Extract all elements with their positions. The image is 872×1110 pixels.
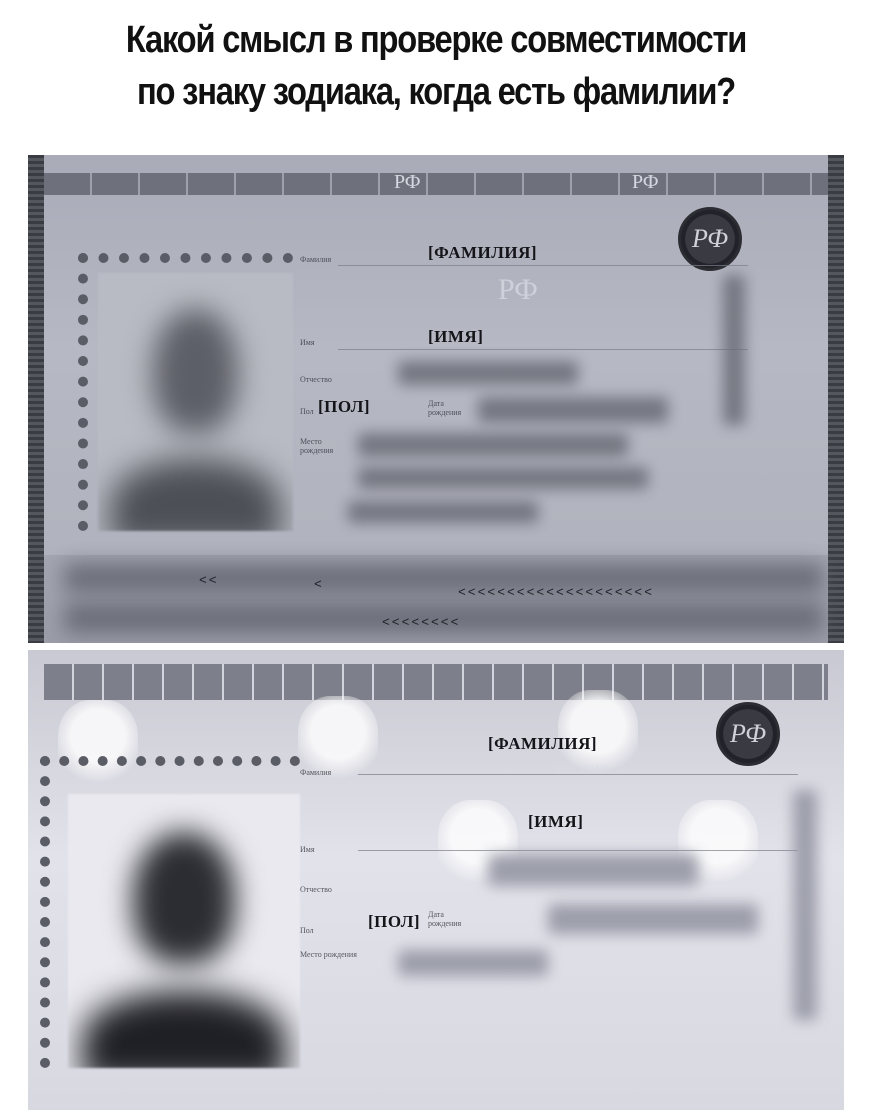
meme-caption: Какой смысл в проверке совместимости по … [61,14,811,118]
redacted-birth-place-3 [348,501,538,523]
redacted-birth-date [478,397,668,423]
value-sex: [ПОЛ] [318,397,370,417]
spine-left [28,155,44,643]
strip-mark: РФ [394,171,421,194]
photo-frame [40,756,300,1068]
security-strip: РФ РФ [44,173,828,195]
redacted-birth-place-2 [358,467,648,489]
mrz-fill: << [199,573,219,588]
photo-frame [78,253,293,531]
value-name: [ИМЯ] [528,812,583,832]
label-patronymic: Отчество [300,885,332,894]
redacted-birth-date [548,904,758,934]
caption-line-2: по знаку зодиака, когда есть фамилии? [61,66,811,118]
mrz-fill: < [314,577,324,592]
value-name: [ИМЯ] [428,327,483,347]
label-surname: Фамилия [300,768,331,777]
redacted-patronymic [398,361,578,385]
redacted-patronymic [488,854,698,886]
holder-photo-blurred [68,794,300,1068]
strip-mark: РФ [632,171,659,194]
label-patronymic: Отчество [300,375,332,384]
watermark: РФ [498,273,538,307]
label-sex: Пол [300,926,314,935]
holder-photo-blurred [98,273,293,531]
caption-line-1: Какой смысл в проверке совместимости [61,14,811,66]
watermark: РОССИЯ [556,762,608,778]
passport-page-bottom: РФ РОССИЯ Фамилия [ФАМИЛИЯ] Имя [ИМЯ] От… [28,650,844,1110]
label-name: Имя [300,338,315,347]
label-sex: Пол [300,407,314,416]
security-strip [44,664,828,700]
redacted-side-number [723,275,745,425]
label-birth-date: Дата рождения [428,399,468,417]
machine-readable-zone: << < <<<<<<<<<<<<<<<<<<<< <<<<<<<< [44,555,828,643]
value-surname: [ФАМИЛИЯ] [488,734,597,754]
mrz-fill: <<<<<<<<<<<<<<<<<<<< [458,585,654,600]
rf-emblem-icon: РФ [678,207,742,271]
label-birth-date: Дата рождения [428,910,478,928]
redacted-birth-place [398,950,548,976]
rf-emblem-icon: РФ [716,702,780,766]
spine-right [828,155,844,643]
label-name: Имя [300,845,315,854]
value-surname: [ФАМИЛИЯ] [428,243,537,263]
label-birth-place: Место рождения [300,437,350,455]
label-surname: Фамилия [300,255,331,264]
label-birth-place: Место рождения [300,950,360,959]
value-sex: [ПОЛ] [368,912,420,932]
passport-page-top: РФ РФ РФ РФ Фамилия [ФАМИЛИЯ] Имя [ИМЯ] … [28,155,844,643]
redacted-side-number [793,790,817,1020]
redacted-birth-place [358,433,628,457]
mrz-fill: <<<<<<<< [382,615,460,630]
